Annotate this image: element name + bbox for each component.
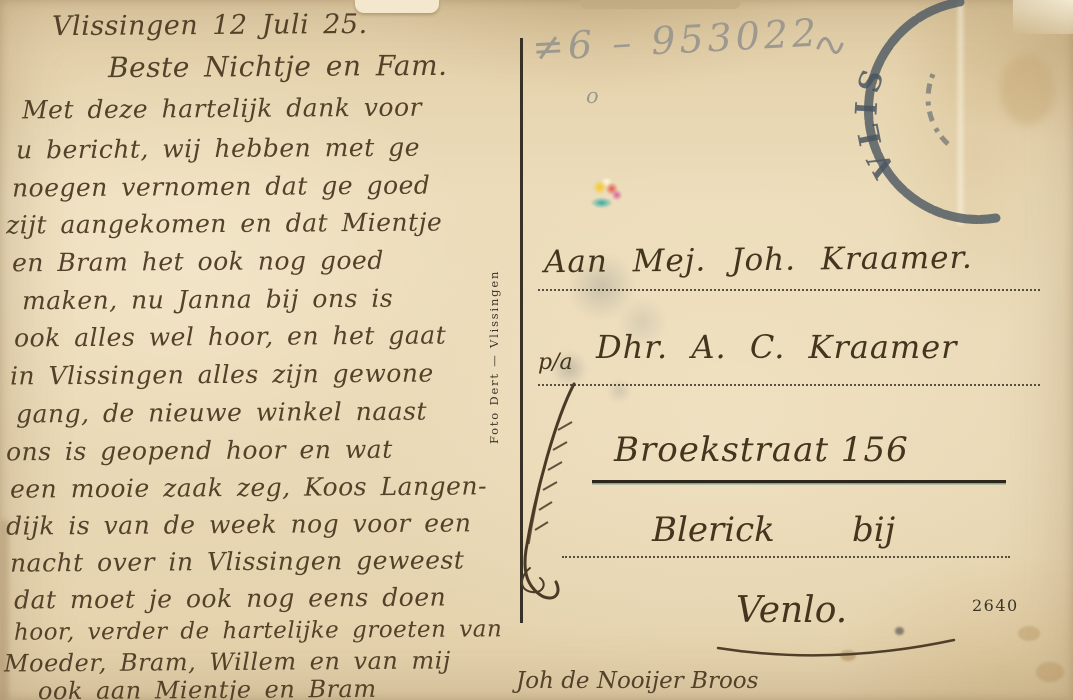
message-line: Moeder, Bram, Willem en van mij: [4, 646, 451, 677]
message-line: ons is geopend hoor en wat: [6, 435, 393, 467]
message-line: en Bram het ook nog goed: [12, 246, 384, 278]
message-line: nacht over in Vlissingen geweest: [10, 545, 465, 577]
postmark-stamp: VLIS: [830, 0, 1073, 229]
message-line: ook alles wel hoor, en het gaat: [14, 320, 446, 352]
printed-card-number: 2640: [972, 596, 1019, 615]
vertical-signature-flourish: [496, 372, 596, 610]
address-city-suffix: bij: [852, 510, 895, 550]
message-line: dat moet je ook nog eens doen: [14, 582, 446, 614]
ink-blot: [895, 627, 904, 635]
message-line: in Vlissingen alles zijn gewone: [10, 359, 434, 391]
svg-text:VLIS: VLIS: [849, 59, 903, 184]
stain-spot: [1018, 626, 1040, 641]
address-rule-1: [538, 289, 1040, 291]
destination-underline: [712, 636, 962, 668]
message-line: dijk is van de week nog voor een: [6, 508, 472, 540]
rainbow-scan-artifact: [588, 178, 622, 209]
torn-edge-chip-dark: [580, 0, 740, 9]
message-line: Met deze hartelijk dank voor: [22, 93, 422, 125]
address-rule-2: [538, 384, 1040, 386]
message-line: u bericht, wij hebben met ge: [16, 133, 420, 165]
stain-spot: [1036, 662, 1064, 682]
date-line: Vlissingen 12 Juli 25.: [52, 9, 368, 42]
salutation-line: Beste Nichtje en Fam.: [108, 49, 448, 84]
address-care-of-name: Dhr. A. C. Kraamer: [596, 328, 957, 366]
postmark-text: VLIS: [849, 59, 903, 184]
message-line: noegen vernomen dat ge goed: [12, 171, 431, 203]
address-street: Broekstraat 156: [614, 430, 909, 470]
sender-signature: Joh de Nooijer Broos: [516, 668, 758, 694]
address-rule-4: [562, 556, 1010, 558]
message-line: hoor, verder de hartelijke groeten van: [14, 616, 502, 645]
address-recipient: Aan Mej. Joh. Kraamer.: [544, 240, 973, 280]
address-rule-3: [592, 480, 1006, 483]
message-line: een mooie zaak zeg, Koos Langen-: [10, 471, 487, 503]
message-line: ook aan Mientje en Bram: [38, 675, 377, 700]
message-line: gang, de nieuwe winkel naast: [16, 397, 427, 429]
address-destination: Venlo.: [736, 590, 847, 631]
message-line: zijt aangekomen en dat Mientje: [6, 207, 442, 239]
pencil-mark: o: [586, 84, 599, 108]
message-line: maken, nu Janna bij ons is: [22, 284, 393, 316]
address-city: Blerick: [652, 510, 775, 550]
